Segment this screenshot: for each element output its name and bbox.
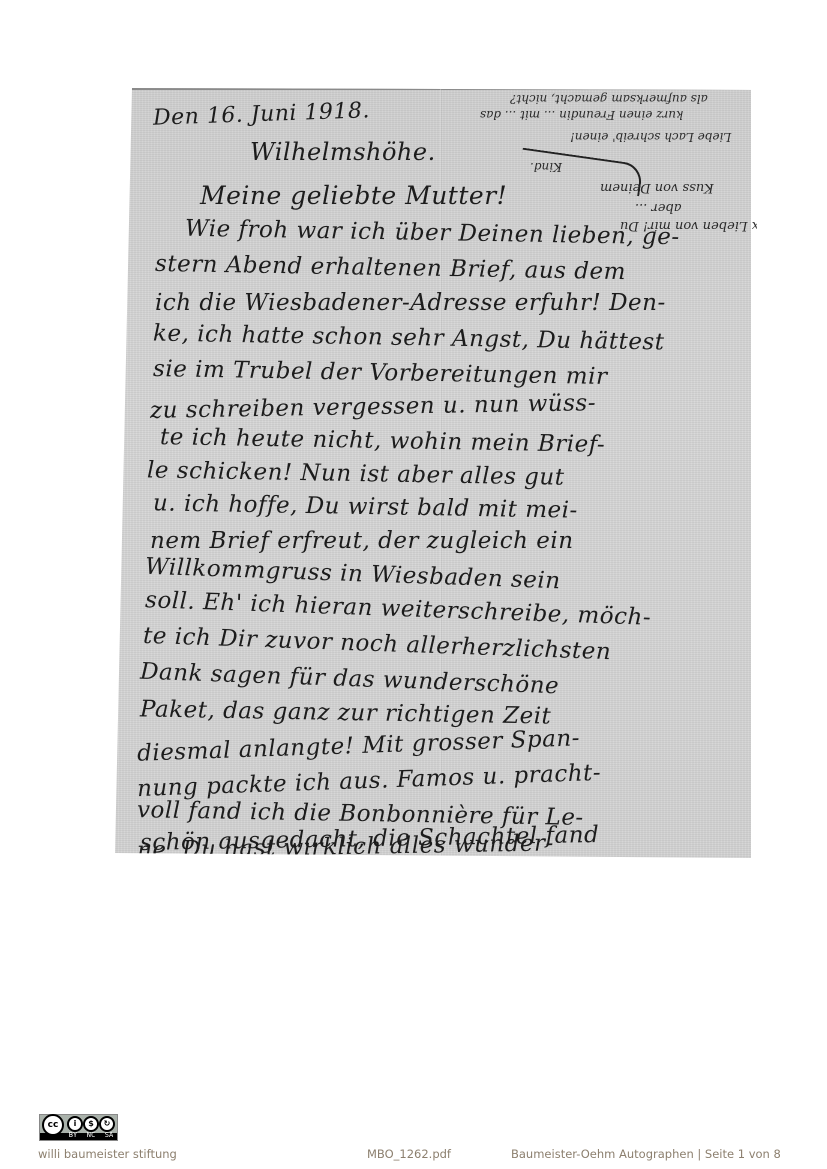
cc-by-nc-sa-icon[interactable]: cc i $ ↻ BY NC SA <box>39 1114 118 1141</box>
margin-note-line: Kuss von Deinem <box>600 180 714 195</box>
noncommercial-icon: $ <box>83 1116 99 1132</box>
letter-line: Wie froh war ich über Deinen lieben, ge- <box>185 216 680 251</box>
letter-line: te ich Dir zuvor noch allerherzlichsten <box>143 623 612 665</box>
letter-line: te ich heute nicht, wohin mein Brief- <box>160 424 606 458</box>
letter-line: Paket, das ganz zur richtigen Zeit <box>140 696 552 729</box>
letter-line: stern Abend erhaltenen Brief, aus dem <box>155 251 626 285</box>
letter-line: nung packte ich aus. Famos u. pracht- <box>137 760 602 802</box>
letter-line: le schicken! Nun ist aber alles gut <box>147 457 565 490</box>
margin-note-line: kurz einen Freundin ... mit ... das <box>480 108 683 122</box>
letter-line: soll. Eh' ich hieran weiterschreibe, möc… <box>145 587 652 631</box>
letter-date: Den 16. Juni 1918. <box>153 98 371 131</box>
sharealike-icon: ↻ <box>99 1116 115 1132</box>
attribution-icon: i <box>67 1116 83 1132</box>
letter-line: diesmal anlangte! Mit grosser Span- <box>137 725 581 766</box>
license-label-sa: SA <box>105 1131 113 1140</box>
letter-place: Wilhelmshöhe. <box>250 138 436 166</box>
cc-logo-icon: cc <box>42 1114 64 1136</box>
footer-organization: willi baumeister stiftung <box>38 1147 177 1161</box>
margin-note-line: aber ... <box>635 200 682 215</box>
letter-salutation: Meine geliebte Mutter! <box>200 181 507 210</box>
margin-note-line: Kind. <box>530 160 562 174</box>
margin-note-line: als aufmerksam gemacht, nicht? <box>510 92 708 106</box>
footer-filename: MBO_1262.pdf <box>367 1147 451 1161</box>
license-label-by: BY <box>69 1131 77 1140</box>
license-labels: BY NC SA <box>64 1131 118 1140</box>
letter-line: ke, ich hatte schon sehr Angst, Du hätte… <box>153 321 665 356</box>
license-label-nc: NC <box>87 1131 95 1140</box>
letter-line: sie im Trubel der Vorbereitungen mir <box>153 356 608 390</box>
letter-line: ich die Wiesbadener-Adresse erfuhr! Den- <box>155 290 666 316</box>
letter-line: u. ich hoffe, Du wirst bald mit mei- <box>153 490 578 523</box>
pdf-page: Den 16. Juni 1918. Wilhelmshöhe. als auf… <box>0 0 827 1169</box>
letter-line: Willkommgruss in Wiesbaden sein <box>145 554 561 594</box>
letter-line: zu schreiben vergessen u. nun wüss- <box>150 390 596 424</box>
scanned-letter-image: Den 16. Juni 1918. Wilhelmshöhe. als auf… <box>115 88 751 860</box>
letter-line: nem Brief erfreut, der zugleich ein <box>150 528 574 554</box>
footer-collection-page: Baumeister-Oehm Autographen | Seite 1 vo… <box>511 1147 781 1161</box>
margin-note-line: Liebe Lach schreib' einen! <box>570 130 731 144</box>
letter-line: Dank sagen für das wunderschöne <box>140 659 560 700</box>
